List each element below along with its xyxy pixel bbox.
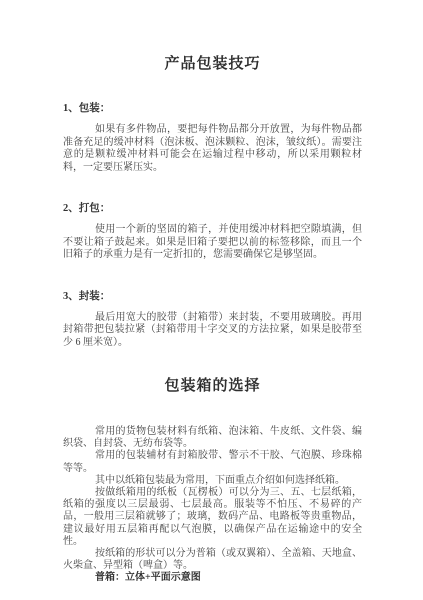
section-heading-2: 2、打包： [63, 202, 362, 215]
document-page: 产品包装技巧 1、包装： 如果有多件物品，要把每件物品都分开放置，为每件物品都准… [0, 0, 423, 600]
diagram-caption: 普箱：立体+平面示意图 [63, 572, 362, 584]
page-title-packaging-tips: 产品包装技巧 [63, 55, 362, 74]
section-body-1: 如果有多件物品，要把每件物品都分开放置，为每件物品都准备充足的缓冲材料（泡沫板、… [63, 124, 362, 174]
box-paragraph-carton-shapes: 按纸箱的形状可以分为普箱（或双翼箱）、全盖箱、天地盒、火柴盒、异型箱（啤盒）等。 [63, 548, 362, 572]
section-packing: 1、包装： 如果有多件物品，要把每件物品都分开放置，为每件物品都准备充足的缓冲材… [63, 102, 362, 174]
box-paragraph-auxiliary: 常用的包装辅材有封箱胶带、警示不干胶、气泡膜、珍珠棉等等。 [63, 450, 362, 474]
section-heading-3: 3、封装： [63, 290, 362, 303]
section-sealing: 3、封装： 最后用宽大的胶带（封箱带）来封装，不要用玻璃胶。再用封箱带把包装拉紧… [63, 290, 362, 350]
page-title-box-selection: 包装箱的选择 [63, 377, 362, 396]
box-selection-content: 常用的货物包装材料有纸箱、泡沫箱、牛皮纸、文件袋、编织袋、自封袋、无纺布袋等。 … [63, 426, 362, 585]
box-paragraph-carton-common: 其中以纸箱包装最为常用，下面重点介绍如何选择纸箱。 [63, 475, 362, 487]
box-paragraph-carton-layers: 按做纸箱用的纸板（瓦楞板）可以分为三、五、七层纸箱，纸箱的强度以三层最弱、七层最… [63, 487, 362, 548]
section-body-3: 最后用宽大的胶带（封箱带）来封装，不要用玻璃胶。再用封箱带把包装拉紧（封箱带用十… [63, 312, 362, 350]
section-body-2: 使用一个新的坚固的箱子，并使用缓冲材料把空隙填满，但不要让箱子鼓起来。如果是旧箱… [63, 224, 362, 262]
section-boxing: 2、打包： 使用一个新的坚固的箱子，并使用缓冲材料把空隙填满，但不要让箱子鼓起来… [63, 202, 362, 262]
box-paragraph-materials: 常用的货物包装材料有纸箱、泡沫箱、牛皮纸、文件袋、编织袋、自封袋、无纺布袋等。 [63, 426, 362, 450]
section-heading-1: 1、包装： [63, 102, 362, 115]
